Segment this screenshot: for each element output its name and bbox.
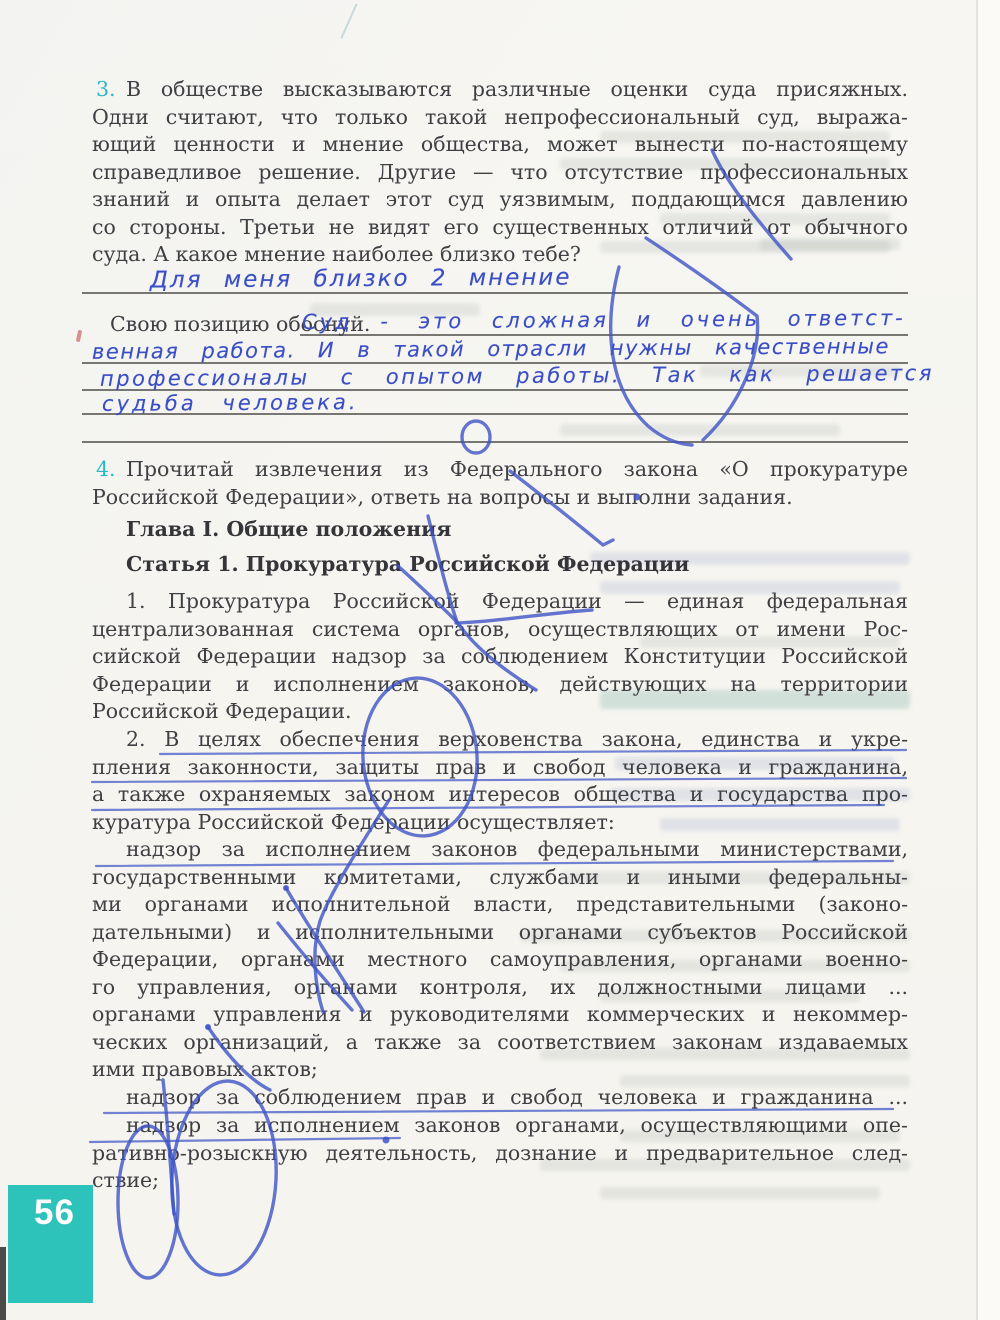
page-number: 56 [34,1193,75,1233]
text-line: Прочитай извлечения из Федерального зако… [92,456,908,484]
text-line: сийской Федерации надзор за соблюдением … [92,643,908,671]
text-line: ющий ценности и мнение общества, может в… [92,131,908,159]
text-line: централизованная система органов, осущес… [92,616,908,644]
text-line: дательными) и исполнительными органами с… [92,919,908,947]
text-line: ими правовых актов; [92,1056,908,1084]
text-line: знаний и опыта делает этот суд уязвимым,… [92,186,908,214]
scan-scratch [340,3,357,38]
text-line: государственными комитетами, службами и … [92,864,908,892]
workbook-page: 3. В обществе высказываются различные оц… [0,0,1000,1320]
handwritten-answer-line: венная работа. И в такой отрасли нужны к… [92,334,890,364]
page-edge [976,0,978,1320]
text-line: ми органами исполнительной власти, предс… [92,891,908,919]
text-line: а также охраняемых законом интересов общ… [92,781,908,809]
task4-intro: Прочитай извлечения из Федерального зако… [92,456,908,511]
text-line: ративно-розыскную деятельность, дознание… [92,1140,908,1168]
text-line: надзор за соблюдением прав и свобод чело… [92,1084,908,1112]
text-line: ствие; [92,1167,908,1195]
text-line: надзор за исполнением законов органами, … [92,1112,908,1140]
text-line: Федерации и исполнением законов, действу… [92,671,908,699]
text-line: го управления, органами контроля, их дол… [92,974,908,1002]
handwritten-answer-line: Суд - это сложная и очень ответст- [302,306,906,334]
handwritten-answer-line: Для меня близко 2 мнение [150,265,572,294]
text-line: надзор за исполнением законов федеральны… [92,836,908,864]
law-paragraph-3: надзор за исполнением законов федеральны… [92,836,908,1084]
article-heading: Статья 1. Прокуратура Российской Федерац… [126,551,689,578]
text-line: справедливое решение. Другие — что отсут… [92,159,908,187]
page-number-box: 56 [8,1185,93,1303]
text-line: куратура Российской Федерации осуществля… [92,809,908,837]
task3-text: В обществе высказываются различные оценк… [92,76,908,269]
text-line: Федерации, органами местного самоуправле… [92,946,908,974]
red-pen-dot [76,330,82,343]
page-margin-right [978,0,1000,1320]
text-line: 2. В целях обеспечения верховенства зако… [92,726,908,754]
answer-rule [82,441,908,443]
text-line: Одни считают, что только такой непрофесс… [92,104,908,132]
text-line: ческих организаций, а также за соответст… [92,1029,908,1057]
law-paragraph-1: 1. Прокуратура Российской Федерации — ед… [92,588,908,726]
text-line: органами управления и руководителями ком… [92,1001,908,1029]
pen-oval-small [462,421,490,453]
law-paragraph-5: надзор за исполнением законов органами, … [92,1112,908,1195]
text-line: Российской Федерации», ответь на вопросы… [92,484,908,512]
text-line: Российской Федерации. [92,698,908,726]
text-line: пления законности, защиты прав и свобод … [92,754,908,782]
handwritten-answer-line: судьба человека. [102,390,359,416]
text-line: со стороны. Третьи не видят его существе… [92,214,908,242]
chapter-heading: Глава I. Общие положения [126,516,451,543]
text-line: В обществе высказываются различные оценк… [92,76,908,104]
handwritten-answer-line: профессионалы с опытом работы. Так как р… [100,361,934,391]
law-paragraph-4: надзор за соблюдением прав и свобод чело… [92,1084,908,1112]
text-line: 1. Прокуратура Российской Федерации — ед… [92,588,908,616]
law-paragraph-2: 2. В целях обеспечения верховенства зако… [92,726,908,836]
scan-corner-shadow [0,1247,6,1320]
bleed-through-mark [560,424,840,436]
